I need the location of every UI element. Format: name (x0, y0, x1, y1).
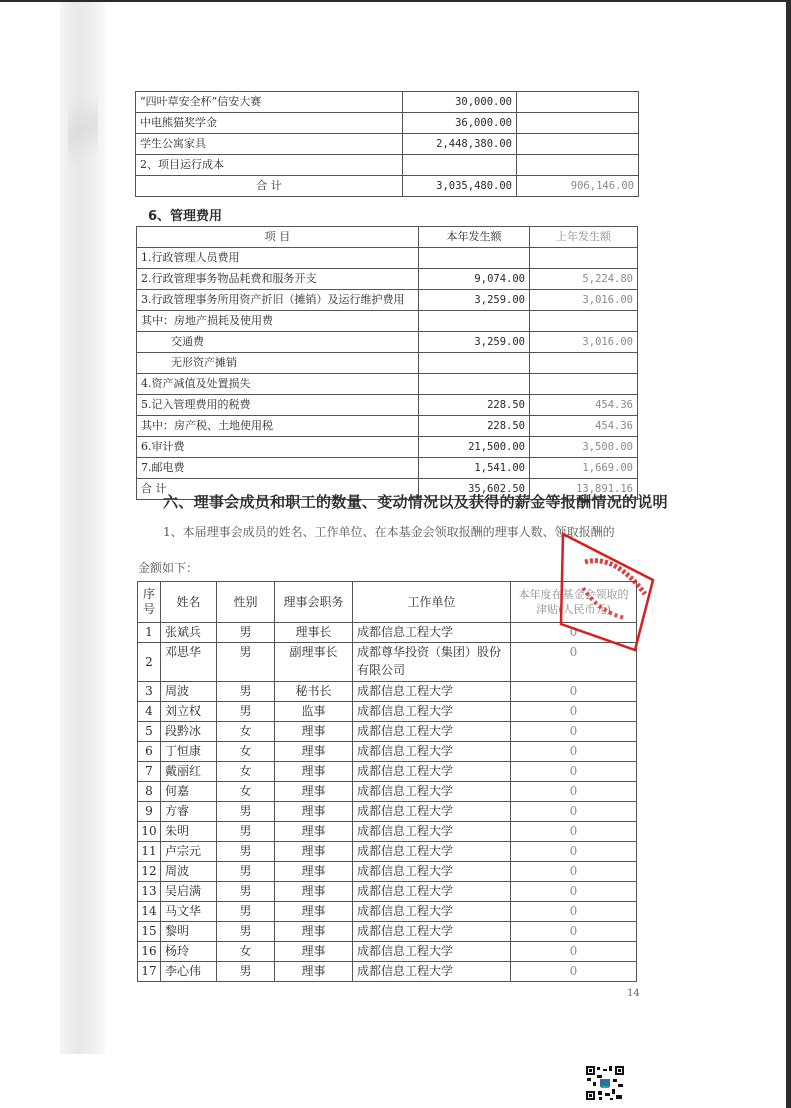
item-cell: 6.审计费 (137, 437, 419, 458)
member-position: 理事 (275, 882, 353, 902)
table-row: 9方睿男理事成都信息工程大学0 (138, 802, 637, 822)
member-employer: 成都信息工程大学 (353, 623, 511, 643)
total-previous: 906,146.00 (517, 176, 639, 197)
row-number: 14 (138, 902, 161, 922)
table-row: 3.行政管理事务所用资产折旧（摊销）及运行维护费用3,259.003,016.0… (137, 290, 638, 311)
member-allowance: 0 (511, 742, 637, 762)
row-number: 9 (138, 802, 161, 822)
member-allowance: 0 (511, 882, 637, 902)
current-year-cell (419, 374, 530, 395)
member-allowance: 0 (511, 822, 637, 842)
member-employer: 成都信息工程大学 (353, 722, 511, 742)
table-row: 无形资产摊销 (137, 353, 638, 374)
item-cell: 5.记入管理费用的税费 (137, 395, 419, 416)
member-name: 朱明 (161, 822, 217, 842)
previous-year-cell (530, 248, 638, 269)
member-name: 李心伟 (161, 962, 217, 982)
previous-year-cell (517, 92, 639, 113)
row-number: 5 (138, 722, 161, 742)
table-header-row: 项 目 本年发生额 上年发生额 (137, 227, 638, 248)
member-name: 卢宗元 (161, 842, 217, 862)
member-position: 理事 (275, 842, 353, 862)
member-allowance: 0 (511, 782, 637, 802)
member-gender: 女 (217, 722, 275, 742)
item-cell: 无形资产摊销 (137, 353, 419, 374)
member-gender: 男 (217, 643, 275, 682)
member-employer: 成都信息工程大学 (353, 862, 511, 882)
member-position: 理事 (275, 942, 353, 962)
table-row: 8何嘉女理事成都信息工程大学0 (138, 782, 637, 802)
section-six-heading: 六、理事会成员和职工的数量、变动情况以及获得的薪金等报酬情况的说明 (163, 491, 668, 512)
table-row: 16杨玲女理事成都信息工程大学0 (138, 942, 637, 962)
row-number: 3 (138, 682, 161, 702)
member-allowance: 0 (511, 722, 637, 742)
previous-year-cell: 5,224.80 (530, 269, 638, 290)
table-row: 交通费3,259.003,016.00 (137, 332, 638, 353)
item-cell: 1.行政管理人员费用 (137, 248, 419, 269)
total-current: 3,035,480.00 (403, 176, 517, 197)
member-name: 丁恒康 (161, 742, 217, 762)
member-position: 理事 (275, 782, 353, 802)
previous-year-cell (530, 353, 638, 374)
member-employer: 成都信息工程大学 (353, 742, 511, 762)
total-row: 合 计3,035,480.00906,146.00 (136, 176, 639, 197)
current-year-cell (419, 353, 530, 374)
member-name: 周波 (161, 862, 217, 882)
header-current-year: 本年发生额 (419, 227, 530, 248)
row-number: 4 (138, 702, 161, 722)
previous-year-cell: 454.36 (530, 395, 638, 416)
member-employer: 成都信息工程大学 (353, 842, 511, 862)
table-row: 10朱明男理事成都信息工程大学0 (138, 822, 637, 842)
row-number: 13 (138, 882, 161, 902)
member-employer: 成都信息工程大学 (353, 702, 511, 722)
table-row: 5段黔冰女理事成都信息工程大学0 (138, 722, 637, 742)
member-position: 理事 (275, 902, 353, 922)
member-position: 副理事长 (275, 643, 353, 682)
member-employer: 成都信息工程大学 (353, 762, 511, 782)
table-row: 4.资产减值及处置损失 (137, 374, 638, 395)
member-gender: 女 (217, 742, 275, 762)
member-allowance: 0 (511, 762, 637, 782)
table-header-row: 序号 姓名 性别 理事会职务 工作单位 本年度在基金会领取的津贴(人民币元) (138, 582, 637, 623)
member-position: 理事 (275, 922, 353, 942)
current-year-cell: 30,000.00 (403, 92, 517, 113)
member-employer: 成都信息工程大学 (353, 822, 511, 842)
table-row: 5.记入管理费用的税费228.50454.36 (137, 395, 638, 416)
item-cell: 2.行政管理事务物品耗费和服务开支 (137, 269, 419, 290)
project-costs-table: “四叶草安全杯”信安大赛30,000.00中电熊猫奖学金36,000.00学生公… (135, 91, 639, 197)
member-position: 理事 (275, 802, 353, 822)
table-row: 6丁恒康女理事成都信息工程大学0 (138, 742, 637, 762)
row-number: 1 (138, 623, 161, 643)
row-number: 12 (138, 862, 161, 882)
member-allowance: 0 (511, 902, 637, 922)
member-name: 方睿 (161, 802, 217, 822)
row-number: 6 (138, 742, 161, 762)
member-gender: 女 (217, 782, 275, 802)
current-year-cell: 228.50 (419, 395, 530, 416)
member-employer: 成都信息工程大学 (353, 802, 511, 822)
table-row: 学生公寓家具2,448,380.00 (136, 134, 639, 155)
current-year-cell (419, 248, 530, 269)
header-allowance: 本年度在基金会领取的津贴(人民币元) (511, 582, 637, 623)
member-name: 杨玲 (161, 942, 217, 962)
member-gender: 男 (217, 962, 275, 982)
previous-year-cell: 3,016.00 (530, 332, 638, 353)
member-position: 秘书长 (275, 682, 353, 702)
member-name: 吴启满 (161, 882, 217, 902)
table-row: 17李心伟男理事成都信息工程大学0 (138, 962, 637, 982)
row-number: 8 (138, 782, 161, 802)
header-gender: 性别 (217, 582, 275, 623)
member-gender: 男 (217, 682, 275, 702)
member-employer: 成都信息工程大学 (353, 782, 511, 802)
member-employer: 成都信息工程大学 (353, 962, 511, 982)
member-employer: 成都信息工程大学 (353, 922, 511, 942)
item-cell: “四叶草安全杯”信安大赛 (136, 92, 403, 113)
previous-year-cell (517, 113, 639, 134)
previous-year-cell: 1,669.00 (530, 458, 638, 479)
member-gender: 男 (217, 862, 275, 882)
member-employer: 成都信息工程大学 (353, 902, 511, 922)
current-year-cell: 228.50 (419, 416, 530, 437)
item-cell: 4.资产减值及处置损失 (137, 374, 419, 395)
member-gender: 女 (217, 942, 275, 962)
member-employer: 成都信息工程大学 (353, 942, 511, 962)
row-number: 16 (138, 942, 161, 962)
row-number: 7 (138, 762, 161, 782)
member-allowance: 0 (511, 942, 637, 962)
item-cell: 其中：房地产损耗及使用费 (137, 311, 419, 332)
section-six-paragraph-cont: 金额如下： (138, 559, 198, 576)
table-row: 13吴启满男理事成都信息工程大学0 (138, 882, 637, 902)
previous-year-cell (517, 155, 639, 176)
member-position: 理事 (275, 742, 353, 762)
member-gender: 男 (217, 822, 275, 842)
member-allowance: 0 (511, 682, 637, 702)
table-row: 14马文华男理事成都信息工程大学0 (138, 902, 637, 922)
member-allowance: 0 (511, 842, 637, 862)
table-row: 7.邮电费1,541.001,669.00 (137, 458, 638, 479)
previous-year-cell: 3,016.00 (530, 290, 638, 311)
row-number: 2 (138, 643, 161, 682)
page-number: 14 (627, 988, 640, 999)
table-row: 2.行政管理事务物品耗费和服务开支9,074.005,224.80 (137, 269, 638, 290)
member-allowance: 0 (511, 962, 637, 982)
member-employer: 成都信息工程大学 (353, 682, 511, 702)
current-year-cell (419, 311, 530, 332)
member-name: 周波 (161, 682, 217, 702)
table-row: 3周波男秘书长成都信息工程大学0 (138, 682, 637, 702)
member-name: 马文华 (161, 902, 217, 922)
row-number: 11 (138, 842, 161, 862)
member-position: 理事 (275, 822, 353, 842)
member-employer: 成都信息工程大学 (353, 882, 511, 902)
current-year-cell: 1,541.00 (419, 458, 530, 479)
row-number: 15 (138, 922, 161, 942)
table-row: 2、项目运行成本 (136, 155, 639, 176)
management-expenses-table: 项 目 本年发生额 上年发生额 1.行政管理人员费用2.行政管理事务物品耗费和服… (136, 226, 638, 500)
previous-year-cell (530, 374, 638, 395)
member-position: 理事 (275, 722, 353, 742)
board-members-table: 序号 姓名 性别 理事会职务 工作单位 本年度在基金会领取的津贴(人民币元) 1… (137, 581, 637, 982)
table-row: 2邓思华男副理事长成都尊华投资（集团）股份有限公司0 (138, 643, 637, 682)
member-gender: 男 (217, 882, 275, 902)
table-row: 11卢宗元男理事成都信息工程大学0 (138, 842, 637, 862)
member-allowance: 0 (511, 862, 637, 882)
table-row: 其中：房地产损耗及使用费 (137, 311, 638, 332)
member-name: 张斌兵 (161, 623, 217, 643)
member-name: 黎明 (161, 922, 217, 942)
member-position: 理事长 (275, 623, 353, 643)
member-name: 邓思华 (161, 643, 217, 682)
member-allowance: 0 (511, 623, 637, 643)
member-name: 段黔冰 (161, 722, 217, 742)
total-label: 合 计 (136, 176, 403, 197)
item-cell: 其中：房产税、土地使用税 (137, 416, 419, 437)
current-year-cell: 3,259.00 (419, 332, 530, 353)
member-position: 监事 (275, 702, 353, 722)
row-number: 17 (138, 962, 161, 982)
member-position: 理事 (275, 962, 353, 982)
member-allowance: 0 (511, 702, 637, 722)
previous-year-cell: 454.36 (530, 416, 638, 437)
row-number: 10 (138, 822, 161, 842)
member-name: 刘立权 (161, 702, 217, 722)
table-row: 6.审计费21,500.003,500.00 (137, 437, 638, 458)
member-position: 理事 (275, 762, 353, 782)
table-row: “四叶草安全杯”信安大赛30,000.00 (136, 92, 639, 113)
member-allowance: 0 (511, 802, 637, 822)
member-name: 戴丽红 (161, 762, 217, 782)
section-title-management-expenses: 6、管理费用 (148, 205, 222, 224)
member-position: 理事 (275, 862, 353, 882)
table-row: 7戴丽红女理事成都信息工程大学0 (138, 762, 637, 782)
member-gender: 女 (217, 762, 275, 782)
member-gender: 男 (217, 702, 275, 722)
header-no: 序号 (138, 582, 161, 623)
item-cell: 7.邮电费 (137, 458, 419, 479)
header-previous-year: 上年发生额 (530, 227, 638, 248)
member-employer: 成都尊华投资（集团）股份有限公司 (353, 643, 511, 682)
item-cell: 学生公寓家具 (136, 134, 403, 155)
member-gender: 男 (217, 623, 275, 643)
table-row: 4刘立权男监事成都信息工程大学0 (138, 702, 637, 722)
current-year-cell: 3,259.00 (419, 290, 530, 311)
item-cell: 中电熊猫奖学金 (136, 113, 403, 134)
table-row: 其中：房产税、土地使用税228.50454.36 (137, 416, 638, 437)
current-year-cell (403, 155, 517, 176)
item-cell: 交通费 (137, 332, 419, 353)
current-year-cell: 9,074.00 (419, 269, 530, 290)
previous-year-cell: 3,500.00 (530, 437, 638, 458)
header-employer: 工作单位 (353, 582, 511, 623)
previous-year-cell (530, 311, 638, 332)
current-year-cell: 21,500.00 (419, 437, 530, 458)
table-row: 1张斌兵男理事长成都信息工程大学0 (138, 623, 637, 643)
page-crease (68, 32, 98, 192)
member-gender: 男 (217, 922, 275, 942)
member-allowance: 0 (511, 643, 637, 682)
table-row: 中电熊猫奖学金36,000.00 (136, 113, 639, 134)
current-year-cell: 36,000.00 (403, 113, 517, 134)
qr-code-icon (585, 1065, 625, 1101)
previous-year-cell (517, 134, 639, 155)
member-name: 何嘉 (161, 782, 217, 802)
member-gender: 男 (217, 802, 275, 822)
table-row: 12周波男理事成都信息工程大学0 (138, 862, 637, 882)
item-cell: 2、项目运行成本 (136, 155, 403, 176)
header-position: 理事会职务 (275, 582, 353, 623)
header-name: 姓名 (161, 582, 217, 623)
section-six-paragraph: 1、本届理事会成员的姓名、工作单位、在本基金会领取报酬的理事人数、领取报酬的 (163, 523, 615, 540)
table-row: 15黎明男理事成都信息工程大学0 (138, 922, 637, 942)
member-allowance: 0 (511, 922, 637, 942)
table-row: 1.行政管理人员费用 (137, 248, 638, 269)
member-gender: 男 (217, 842, 275, 862)
document-page: “四叶草安全杯”信安大赛30,000.00中电熊猫奖学金36,000.00学生公… (0, 2, 786, 1108)
header-item: 项 目 (137, 227, 419, 248)
item-cell: 3.行政管理事务所用资产折旧（摊销）及运行维护费用 (137, 290, 419, 311)
current-year-cell: 2,448,380.00 (403, 134, 517, 155)
member-gender: 男 (217, 902, 275, 922)
